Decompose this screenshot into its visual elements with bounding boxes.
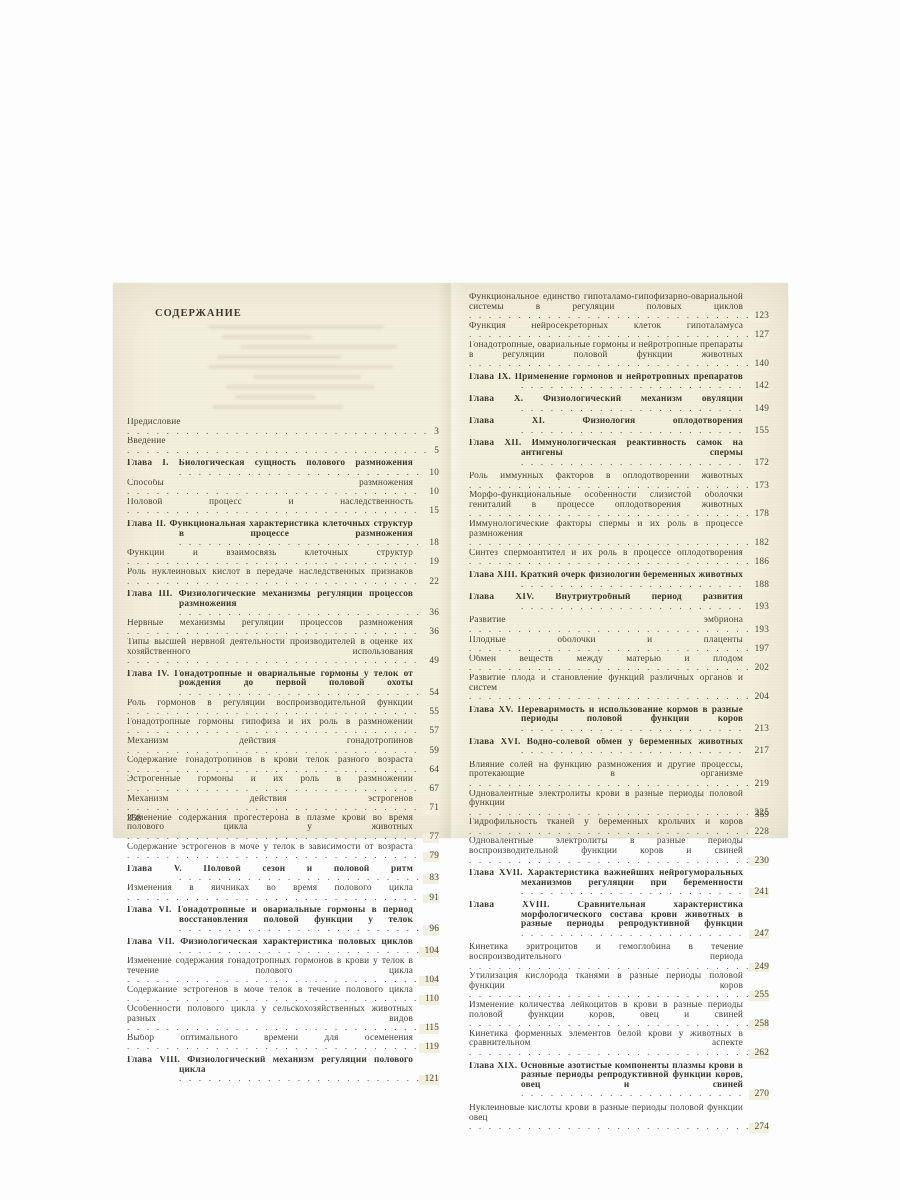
toc-entry-page-number: 18 [423, 539, 439, 549]
toc-entry: Способы размножения . . . . . . . . . . … [127, 479, 439, 498]
toc-entry: Глава III. Физиологические механизмы рег… [127, 590, 439, 619]
toc-entry-page-number: 83 [423, 874, 439, 884]
toc-entry-page-number: 127 [749, 331, 769, 341]
toc-entry: Глава XV. Переваримость и использование … [469, 706, 769, 735]
toc-entry-text: Содержание гонадотропинов в крови телок … [127, 756, 413, 775]
dot-leader: . . . . . . . . . . . . . . . . . . . . … [127, 726, 439, 736]
folio-left: 358 [127, 814, 141, 824]
toc-entry-text: Обмен веществ между матерью и плодом . .… [469, 655, 743, 674]
toc-entry-page-number: 96 [423, 925, 439, 935]
dot-leader: . . . . . . . . . . . . . . . . . . . . … [127, 707, 439, 717]
dot-leader: . . . . . . . . . . . . . . . . . . . . … [127, 784, 439, 794]
dot-leader: . . . . . . . . . . . . . . . . . . . . … [469, 962, 769, 972]
toc-entry-page-number: 262 [749, 1049, 769, 1059]
toc-entry-text: Глава X. Физиологический механизм овуляц… [469, 395, 743, 414]
toc-entry-page-number: 5 [428, 447, 439, 457]
dot-leader: . . . . . . . . . . . . . . . . . . . . … [521, 724, 769, 734]
toc-entry-page-number: 57 [423, 727, 439, 737]
toc-entry: Кинетика форменных элементов белой крови… [469, 1030, 769, 1059]
toc-entry-page-number: 186 [749, 558, 769, 568]
toc-entry-page-number: 115 [419, 1024, 439, 1034]
toc-entry: Кинетика эритроцитов и гемоглобина в теч… [469, 943, 769, 972]
dot-leader: . . . . . . . . . . . . . . . . . . . . … [469, 481, 769, 491]
toc-entry-text: Глава II. Функциональная характеристика … [127, 520, 413, 549]
dot-leader: . . . . . . . . . . . . . . . . . . . . … [469, 311, 769, 321]
toc-entry: Глава XII. Иммунологическая реактивность… [469, 439, 769, 468]
toc-entry: Развитие плода и становление функций раз… [469, 674, 769, 703]
toc-entry: Глава XIX. Основные азотистые компоненты… [469, 1062, 769, 1100]
toc-entry-text: Влияние солей на функцию размножения и д… [469, 761, 743, 790]
toc-entry-page-number: 149 [749, 405, 769, 415]
toc-entry-text: Половой процесс и наследственность . . .… [127, 498, 413, 517]
dot-leader: . . . . . . . . . . . . . . . . . . . . … [469, 330, 769, 340]
toc-entry: Глава VI. Гонадотропные и овариальные го… [127, 906, 439, 935]
toc-entry-text: Гонадотропные, овариальные гормоны и ней… [469, 341, 743, 370]
toc-entry: Глава IV. Гонадотропные и овариальные го… [127, 670, 439, 699]
toc-entry: Механизм действия эстрогенов . . . . . .… [127, 795, 439, 814]
toc-entry: Глава XVII. Характеристика важнейших ней… [469, 869, 769, 898]
toc-entry-page-number: 217 [749, 747, 769, 757]
toc-entry: Гонадотропные, овариальные гормоны и ней… [469, 341, 769, 370]
dot-leader: . . . . . . . . . . . . . . . . . . . . … [469, 1019, 769, 1029]
toc-entry-text: Глава XVI. Водно-солевой обмен у беремен… [469, 738, 743, 757]
dot-leader: . . . . . . . . . . . . . . . . . . . . … [127, 656, 439, 666]
dot-leader: . . . . . . . . . . . . . . . . . . . . … [469, 990, 769, 1000]
toc-entry: Плодные оболочки и плаценты . . . . . . … [469, 636, 769, 655]
toc-header: СОДЕРЖАНИЕ [155, 308, 242, 319]
toc-entry-page-number: 10 [423, 469, 439, 479]
toc-entry-page-number: 110 [419, 995, 439, 1005]
toc-entry-text: Гидрофильность тканей у беременных кроль… [469, 818, 743, 837]
toc-entry-text: Глава XV. Переваримость и использование … [469, 706, 743, 735]
toc-entry-text: Изменение содержания гонадотропных гормо… [127, 957, 413, 986]
toc-entry-text: Глава IX. Применение гормонов и нейротро… [469, 373, 743, 392]
dot-leader: . . . . . . . . . . . . . . . . . . . . … [469, 509, 769, 519]
dot-leader: . . . . . . . . . . . . . . . . . . . . … [127, 487, 439, 497]
dot-leader: . . . . . . . . . . . . . . . . . . . . … [127, 765, 439, 775]
toc-entry-text: Кинетика эритроцитов и гемоглобина в теч… [469, 943, 743, 972]
toc-entry-page-number: 123 [749, 312, 769, 322]
toc-entry-page-number: 255 [749, 991, 769, 1001]
toc-entry-page-number: 22 [423, 578, 439, 588]
toc-entry-text: Функции и взаимосвязь клеточных структур… [127, 549, 413, 568]
dot-leader: . . . . . . . . . . . . . . . . . . . . … [469, 1122, 769, 1132]
toc-entry-text: Глава I. Биологическая сущность полового… [127, 459, 413, 478]
toc-entry-text: Глава XIV. Внутриутробный период развити… [469, 593, 743, 612]
toc-entry: Нервные механизмы регуляции процессов ра… [127, 619, 439, 638]
book-spread: СОДЕРЖАНИЕ Предисловие . . . . . . . . .… [113, 283, 788, 838]
toc-entry-text: Морфо-функциональные особенности слизист… [469, 491, 743, 520]
toc-entry: Роль иммунных факторов в оплодотворении … [469, 472, 769, 491]
dot-leader: . . . . . . . . . . . . . . . . . . . . … [127, 506, 439, 516]
toc-entry-page-number: 182 [749, 539, 769, 549]
toc-entry-text: Кинетика форменных элементов белой крови… [469, 1030, 743, 1059]
toc-entry-page-number: 104 [419, 976, 439, 986]
toc-entry-page-number: 15 [423, 507, 439, 517]
toc-entry-text: Эстрогенные гормоны и их роль в размноже… [127, 775, 413, 794]
toc-list-right: Функциональное единство гипоталамо-гипоф… [469, 293, 769, 1133]
toc-entry-page-number: 270 [749, 1090, 769, 1100]
dot-leader: . . . . . . . . . . . . . . . . . . . . … [127, 1042, 439, 1052]
dot-leader: . . . . . . . . . . . . . . . . . . . . … [521, 602, 769, 612]
dot-leader: . . . . . . . . . . . . . . . . . . . . … [469, 359, 769, 369]
dot-leader: . . . . . . . . . . . . . . . . . . . . … [521, 1089, 769, 1099]
dot-leader: . . . . . . . . . . . . . . . . . . . . … [521, 929, 769, 939]
toc-entry-text: Нервные механизмы регуляции процессов ра… [127, 619, 413, 638]
toc-entry-page-number: 71 [423, 804, 439, 814]
toc-entry-page-number: 19 [423, 558, 439, 568]
toc-entry-text: Механизм действия эстрогенов . . . . . .… [127, 795, 413, 814]
toc-entry: Глава XI. Физиология оплодотворения . . … [469, 417, 769, 436]
toc-entry: Механизм действия гонадотропинов . . . .… [127, 737, 439, 756]
dot-leader: . . . . . . . . . . . . . . . . . . . . … [179, 688, 439, 698]
toc-entry: Изменение содержания гонадотропных гормо… [127, 957, 439, 986]
toc-entry: Изменения в яичниках во время полового ц… [127, 884, 439, 903]
toc-entry-text: Глава XI. Физиология оплодотворения . . … [469, 417, 743, 436]
dot-leader: . . . . . . . . . . . . . . . . . . . . … [127, 577, 439, 587]
toc-entry-text: Роль иммунных факторов в оплодотворении … [469, 472, 743, 491]
toc-list-left: Предисловие . . . . . . . . . . . . . . … [127, 418, 439, 1085]
toc-entry: Влияние солей на функцию размножения и д… [469, 761, 769, 790]
dot-leader: . . . . . . . . . . . . . . . . . . . . … [179, 538, 439, 548]
dot-leader: . . . . . . . . . . . . . . . . . . . . … [469, 827, 769, 837]
dot-leader: . . . . . . . . . . . . . . . . . . . . … [127, 427, 439, 437]
dot-leader: . . . . . . . . . . . . . . . . . . . . … [127, 1023, 439, 1033]
toc-entry-text: Способы размножения . . . . . . . . . . … [127, 479, 413, 498]
toc-entry-page-number: 219 [749, 780, 769, 790]
toc-entry-text: Глава III. Физиологические механизмы рег… [127, 590, 413, 619]
toc-entry-text: Изменения в яичниках во время полового ц… [127, 884, 413, 903]
toc-entry: Роль гормонов в регуляции воспроизводите… [127, 699, 439, 718]
dot-leader: . . . . . . . . . . . . . . . . . . . . … [521, 426, 769, 436]
toc-entry: Обмен веществ между матерью и плодом . .… [469, 655, 769, 674]
toc-entry-page-number: 202 [749, 664, 769, 674]
toc-entry: Глава V. Половой сезон и половой ритм . … [127, 865, 439, 884]
toc-entry: Роль нуклеиновых кислот в передаче насле… [127, 568, 439, 587]
right-page: Функциональное единство гипоталамо-гипоф… [450, 283, 788, 838]
toc-entry-text: Предисловие . . . . . . . . . . . . . . … [127, 418, 413, 437]
toc-entry-page-number: 204 [749, 693, 769, 703]
toc-entry-text: Роль нуклеиновых кислот в передаче насле… [127, 568, 413, 587]
toc-entry-text: Нуклеиновые кислоты крови в разные перио… [469, 1104, 743, 1133]
toc-entry-page-number: 91 [423, 894, 439, 904]
toc-entry-text: Утилизация кислорода тканями в разные пе… [469, 972, 743, 1001]
toc-entry-page-number: 173 [749, 482, 769, 492]
bleed-through-text [208, 325, 433, 415]
toc-entry-text: Глава XIII. Краткий очерк физиологии бер… [469, 571, 743, 590]
toc-entry-text: Иммунологические факторы спермы и их рол… [469, 520, 743, 549]
dot-leader: . . . . . . . . . . . . . . . . . . . . … [127, 446, 439, 456]
toc-entry: Содержание гонадотропинов в крови телок … [127, 756, 439, 775]
toc-entry-text: Глава XVIII. Сравнительная характеристик… [469, 901, 743, 939]
dot-leader: . . . . . . . . . . . . . . . . . . . . … [127, 803, 439, 813]
toc-entry-page-number: 228 [749, 828, 769, 838]
toc-entry-text: Глава VIII. Физиологический механизм рег… [127, 1056, 413, 1085]
toc-entry-page-number: 119 [419, 1043, 439, 1053]
toc-entry-text: Глава VI. Гонадотропные и овариальные го… [127, 906, 413, 935]
dot-leader: . . . . . . . . . . . . . . . . . . . . … [521, 381, 769, 391]
toc-entry-page-number: 104 [419, 947, 439, 957]
toc-entry: Функция нейросекреторных клеток гипотала… [469, 322, 769, 341]
toc-entry: Функциональное единство гипоталамо-гипоф… [469, 293, 769, 322]
toc-entry-page-number: 142 [749, 382, 769, 392]
toc-entry-page-number: 36 [423, 609, 439, 619]
toc-entry-page-number: 193 [749, 626, 769, 636]
toc-entry-page-number: 10 [423, 488, 439, 498]
toc-entry: Содержание эстрогенов в моче у телок в з… [127, 843, 439, 862]
dot-leader: . . . . . . . . . . . . . . . . . . . . … [469, 644, 769, 654]
toc-entry-text: Функция нейросекреторных клеток гипотала… [469, 322, 743, 341]
toc-entry-text: Синтез спермоантител и их роль в процесс… [469, 549, 743, 568]
dot-leader: . . . . . . . . . . . . . . . . . . . . … [469, 538, 769, 548]
toc-entry-page-number: 77 [423, 833, 439, 843]
dot-leader: . . . . . . . . . . . . . . . . . . . . … [469, 692, 769, 702]
toc-entry: Введение . . . . . . . . . . . . . . . .… [127, 437, 439, 456]
toc-entry-page-number: 121 [419, 1075, 439, 1085]
toc-entry-page-number: 49 [423, 657, 439, 667]
toc-entry-text: Содержание эстрогенов в моче телок в теч… [127, 986, 413, 1005]
toc-entry: Глава XIV. Внутриутробный период развити… [469, 593, 769, 612]
toc-entry-text: Типы высшей нервной деятельности произво… [127, 638, 413, 667]
toc-entry: Содержание эстрогенов в моче телок в теч… [127, 986, 439, 1005]
toc-entry: Эстрогенные гормоны и их роль в размноже… [127, 775, 439, 794]
toc-entry: Глава XVIII. Сравнительная характеристик… [469, 901, 769, 939]
toc-entry-page-number: 172 [749, 459, 769, 469]
dot-leader: . . . . . . . . . . . . . . . . . . . . … [127, 627, 439, 637]
toc-entry-text: Функциональное единство гипоталамо-гипоф… [469, 293, 743, 322]
toc-entry: Предисловие . . . . . . . . . . . . . . … [127, 418, 439, 437]
toc-entry: Выбор оптимального времени для осеменени… [127, 1034, 439, 1053]
toc-entry-page-number: 64 [423, 766, 439, 776]
toc-entry-text: Изменение количества лейкоцитов в крови … [469, 1001, 743, 1030]
dot-leader: . . . . . . . . . . . . . . . . . . . . … [179, 1074, 439, 1084]
toc-entry: Половой процесс и наследственность . . .… [127, 498, 439, 517]
toc-entry-page-number: 213 [749, 725, 769, 735]
toc-entry-page-number: 230 [749, 857, 769, 867]
toc-entry-text: Введение . . . . . . . . . . . . . . . .… [127, 437, 413, 456]
toc-entry: Глава X. Физиологический механизм овуляц… [469, 395, 769, 414]
dot-leader: . . . . . . . . . . . . . . . . . . . . … [521, 580, 769, 590]
toc-entry: Глава IX. Применение гормонов и нейротро… [469, 373, 769, 392]
dot-leader: . . . . . . . . . . . . . . . . . . . . … [127, 746, 439, 756]
dot-leader: . . . . . . . . . . . . . . . . . . . . … [127, 557, 439, 567]
toc-entry: Гонадотропные гормоны гипофиза и их роль… [127, 718, 439, 737]
toc-entry: Утилизация кислорода тканями в разные пе… [469, 972, 769, 1001]
toc-entry-text: Выбор оптимального времени для осеменени… [127, 1034, 413, 1053]
toc-entry-page-number: 3 [428, 428, 439, 438]
toc-entry: Изменение содержания прогестерона в плаз… [127, 814, 439, 843]
toc-entry-text: Глава XII. Иммунологическая реактивность… [469, 439, 743, 468]
dot-leader: . . . . . . . . . . . . . . . . . . . . … [127, 975, 439, 985]
toc-entry-page-number: 59 [423, 747, 439, 757]
dot-leader: . . . . . . . . . . . . . . . . . . . . … [127, 851, 439, 861]
toc-entry-text: Плодные оболочки и плаценты . . . . . . … [469, 636, 743, 655]
toc-entry-page-number: 140 [749, 360, 769, 370]
dot-leader: . . . . . . . . . . . . . . . . . . . . … [179, 608, 439, 618]
toc-entry: Глава XVI. Водно-солевой обмен у беремен… [469, 738, 769, 757]
dot-leader: . . . . . . . . . . . . . . . . . . . . … [179, 946, 439, 956]
dot-leader: . . . . . . . . . . . . . . . . . . . . … [469, 779, 769, 789]
dot-leader: . . . . . . . . . . . . . . . . . . . . … [469, 663, 769, 673]
toc-entry-page-number: 188 [749, 581, 769, 591]
dot-leader: . . . . . . . . . . . . . . . . . . . . … [521, 404, 769, 414]
toc-entry: Глава I. Биологическая сущность полового… [127, 459, 439, 478]
dot-leader: . . . . . . . . . . . . . . . . . . . . … [521, 887, 769, 897]
toc-entry-page-number: 54 [423, 689, 439, 699]
dot-leader: . . . . . . . . . . . . . . . . . . . . … [127, 893, 439, 903]
dot-leader: . . . . . . . . . . . . . . . . . . . . … [127, 994, 439, 1004]
toc-entry-page-number: 249 [749, 963, 769, 973]
toc-entry: Особенности полового цикла у сельскохозя… [127, 1005, 439, 1034]
dot-leader: . . . . . . . . . . . . . . . . . . . . … [179, 468, 439, 478]
toc-entry-text: Глава IV. Гонадотропные и овариальные го… [127, 670, 413, 699]
toc-entry-text: Изменение содержания прогестерона в плаз… [127, 814, 413, 843]
toc-entry-page-number: 55 [423, 708, 439, 718]
toc-entry: Гидрофильность тканей у беременных кроль… [469, 818, 769, 837]
toc-entry-text: Содержание эстрогенов в моче у телок в з… [127, 843, 413, 862]
toc-entry: Морфо-функциональные особенности слизист… [469, 491, 769, 520]
dot-leader: . . . . . . . . . . . . . . . . . . . . … [469, 856, 769, 866]
toc-entry-text: Роль гормонов в регуляции воспроизводите… [127, 699, 413, 718]
toc-entry: Нуклеиновые кислоты крови в разные перио… [469, 1104, 769, 1133]
toc-entry-text: Одновалентные электролиты в разные перио… [469, 837, 743, 866]
toc-entry: Типы высшей нервной деятельности произво… [127, 638, 439, 667]
dot-leader: . . . . . . . . . . . . . . . . . . . . … [469, 1048, 769, 1058]
toc-entry-page-number: 178 [749, 510, 769, 520]
toc-entry: Развитие эмбриона . . . . . . . . . . . … [469, 616, 769, 635]
toc-entry-text: Глава VII. Физиологическая характеристик… [127, 938, 413, 957]
dot-leader: . . . . . . . . . . . . . . . . . . . . … [469, 625, 769, 635]
toc-entry-text: Особенности полового цикла у сельскохозя… [127, 1005, 413, 1034]
toc-entry-page-number: 258 [749, 1020, 769, 1030]
toc-entry-page-number: 193 [749, 603, 769, 613]
toc-entry: Глава VII. Физиологическая характеристик… [127, 938, 439, 957]
toc-entry: Функции и взаимосвязь клеточных структур… [127, 549, 439, 568]
toc-entry-text: Механизм действия гонадотропинов . . . .… [127, 737, 413, 756]
toc-entry: Глава II. Функциональная характеристика … [127, 520, 439, 549]
toc-entry-text: Глава XVII. Характеристика важнейших ней… [469, 869, 743, 898]
toc-entry: Изменение количества лейкоцитов в крови … [469, 1001, 769, 1030]
toc-entry-text: Развитие эмбриона . . . . . . . . . . . … [469, 616, 743, 635]
left-page: СОДЕРЖАНИЕ Предисловие . . . . . . . . .… [113, 283, 450, 838]
toc-entry: Синтез спермоантител и их роль в процесс… [469, 549, 769, 568]
toc-entry-page-number: 36 [423, 628, 439, 638]
dot-leader: . . . . . . . . . . . . . . . . . . . . … [521, 458, 769, 468]
toc-entry-page-number: 67 [423, 785, 439, 795]
dot-leader: . . . . . . . . . . . . . . . . . . . . … [179, 924, 439, 934]
toc-entry-page-number: 247 [749, 930, 769, 940]
toc-entry: Иммунологические факторы спермы и их рол… [469, 520, 769, 549]
toc-entry: Одновалентные электролиты в разные перио… [469, 837, 769, 866]
toc-entry: Глава VIII. Физиологический механизм рег… [127, 1056, 439, 1085]
toc-entry-text: Глава V. Половой сезон и половой ритм . … [127, 865, 413, 884]
folio-right: 359 [469, 810, 769, 820]
toc-entry-text: Развитие плода и становление функций раз… [469, 674, 743, 703]
toc-entry-text: Глава XIX. Основные азотистые компоненты… [469, 1062, 743, 1100]
toc-entry-text: Гонадотропные гормоны гипофиза и их роль… [127, 718, 413, 737]
dot-leader: . . . . . . . . . . . . . . . . . . . . … [521, 746, 769, 756]
toc-entry-page-number: 274 [749, 1123, 769, 1133]
toc-entry-page-number: 79 [423, 852, 439, 862]
toc-entry-page-number: 197 [749, 645, 769, 655]
dot-leader: . . . . . . . . . . . . . . . . . . . . … [127, 832, 439, 842]
toc-entry-page-number: 241 [749, 888, 769, 898]
toc-entry-page-number: 155 [749, 427, 769, 437]
dot-leader: . . . . . . . . . . . . . . . . . . . . … [179, 873, 439, 883]
toc-entry: Глава XIII. Краткий очерк физиологии бер… [469, 571, 769, 590]
dot-leader: . . . . . . . . . . . . . . . . . . . . … [469, 557, 769, 567]
